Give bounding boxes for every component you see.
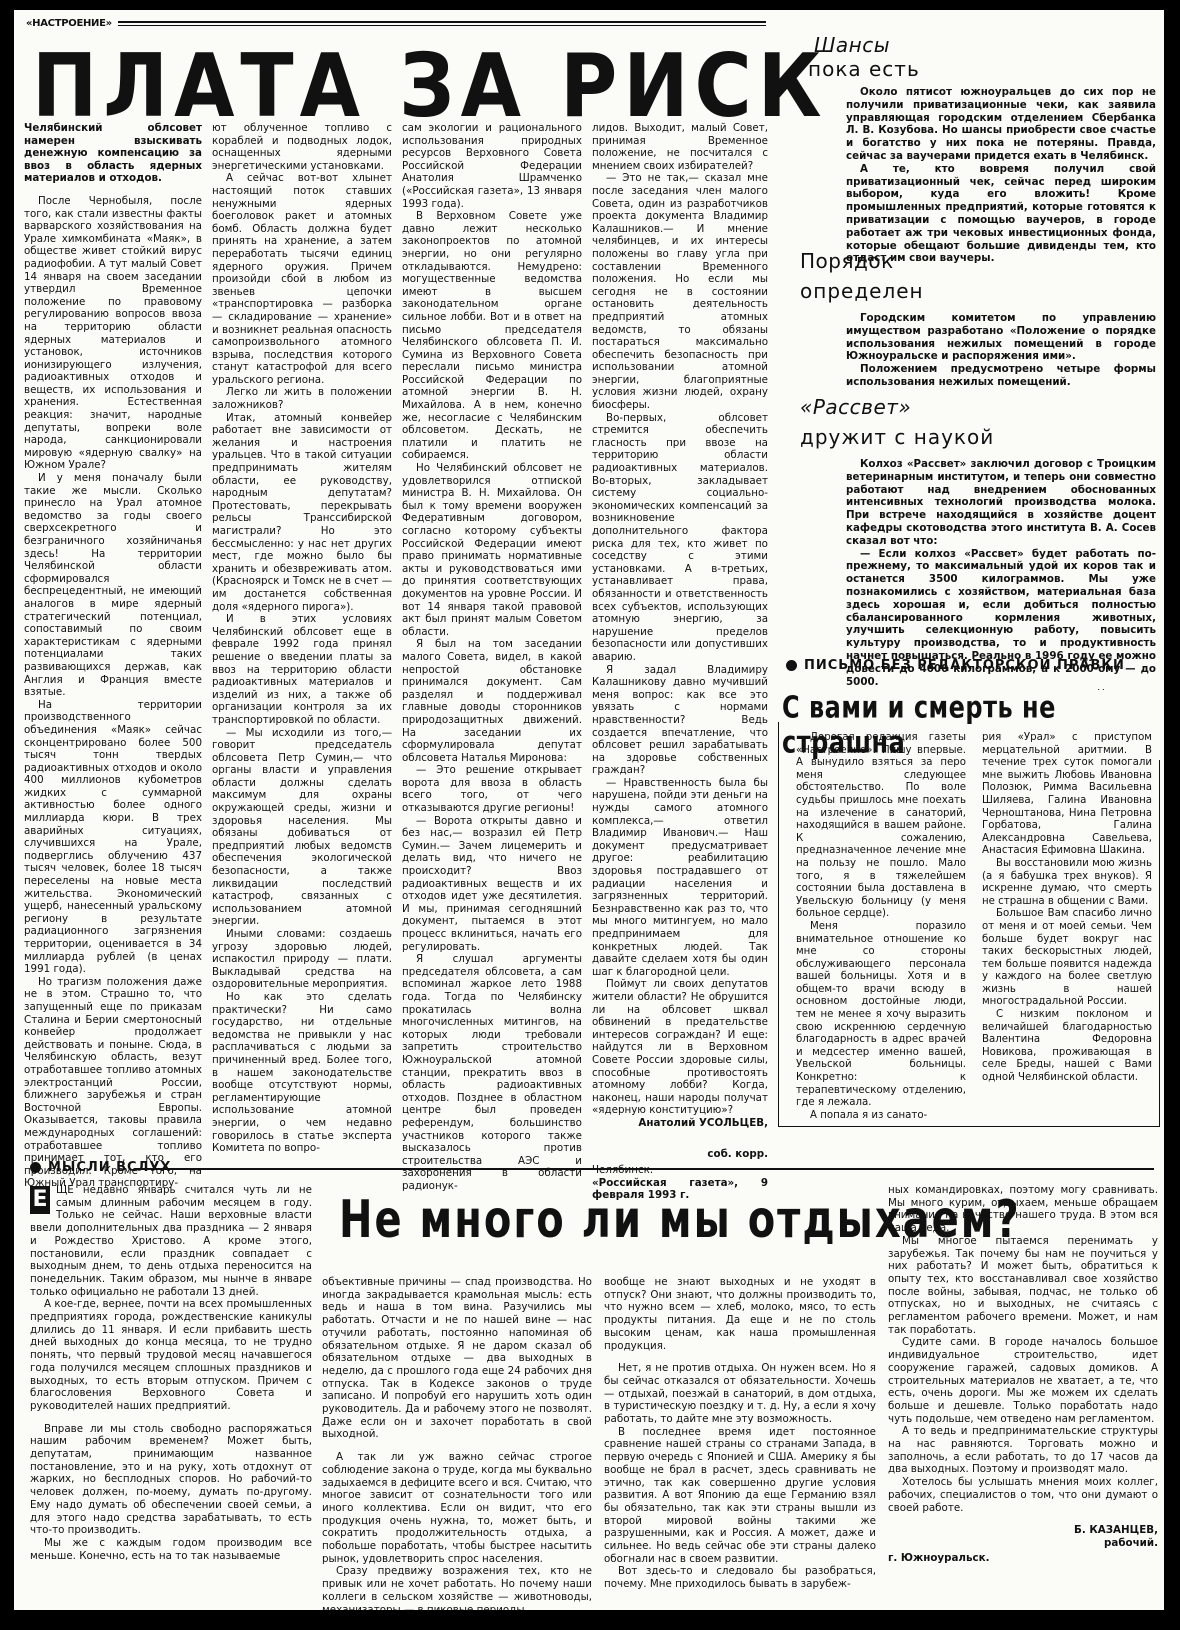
- article-paragraph: Мы же с каждым годом производим все мень…: [30, 1537, 312, 1562]
- article-paragraph: сам экологии и рационального использован…: [402, 122, 582, 210]
- brief-2-title-line1: Порядок: [800, 248, 894, 274]
- article-paragraph: лидов. Выходит, малый Совет, принимая Вр…: [592, 122, 768, 172]
- thoughts-column-2: объективные причины — спад производства.…: [322, 1276, 592, 1610]
- article-lead: Челябинский облсовет намерен взыскивать …: [24, 122, 202, 185]
- thoughts-author: Б. КАЗАНЦЕВ,: [888, 1524, 1158, 1537]
- newspaper-page: «НАСТРОЕНИЕ» ПЛАТА ЗА РИСК Челябинский о…: [14, 10, 1164, 1610]
- brief-2-title-line2: определен: [800, 278, 924, 304]
- article-paragraph: Иными словами: создаешь угрозу здоровью …: [212, 928, 392, 991]
- section-rule: [134, 1168, 1154, 1170]
- article-paragraph: В Верховном Совете уже давно лежит неско…: [402, 210, 582, 462]
- thoughts-place: г. Южноуральск.: [888, 1552, 1158, 1565]
- article-paragraph: ЕЩЕ недавно январь считался чуть ли не с…: [30, 1184, 312, 1298]
- article-column-4: лидов. Выходит, малый Совет, принимая Вр…: [592, 122, 768, 1202]
- bullet-icon: [786, 660, 797, 671]
- article-paragraph: Итак, атомный конвейер работает вне зави…: [212, 412, 392, 614]
- article-paragraph: — Ворота открыты давно и без нас,— возра…: [402, 815, 582, 954]
- article-paragraph: ных командировках, поэтому могу сравнива…: [888, 1184, 1158, 1235]
- article-author-role: соб. корр.: [592, 1148, 768, 1161]
- article-paragraph: — Нравственность была бы нарушена, пойди…: [592, 777, 768, 979]
- letter-paragraph: Вы восстановили мою жизнь (а я бабушка т…: [982, 858, 1152, 908]
- article-paragraph: Но Челябинский облсовет не удовлетворилс…: [402, 462, 582, 638]
- article-paragraph: объективные причины — спад производства.…: [322, 1276, 592, 1441]
- article-paragraph: Вот здесь-то и следовало бы разобраться,…: [604, 1565, 876, 1590]
- article-paragraph: Во-первых, облсовет стремится обеспечить…: [592, 412, 768, 664]
- brief-paragraph: Городским комитетом по управлению имущес…: [846, 312, 1156, 363]
- article-paragraph: вообще не знают выходных и не уходят в о…: [604, 1276, 876, 1352]
- rubric-label: «НАСТРОЕНИЕ»: [26, 18, 112, 29]
- brief-1-title-line2: пока есть: [808, 56, 920, 82]
- article-paragraph: В последнее время идет постоянное сравне…: [604, 1426, 876, 1566]
- brief-paragraph: Положением предусмотрено четыре формы ис…: [846, 363, 1156, 389]
- article-paragraph: Я слушал аргументы председателя облсовет…: [402, 953, 582, 1192]
- thoughts-author-role: рабочий.: [888, 1537, 1158, 1550]
- article-paragraph: — Это не так,— сказал мне после заседани…: [592, 172, 768, 411]
- letter-column-2: рия «Урал» с приступом мерцательной арит…: [982, 732, 1152, 1085]
- rubric-rule: [118, 21, 766, 26]
- article-paragraph: Я был на том заседании малого Совета, ви…: [402, 638, 582, 764]
- article-paragraph: ют облученное топливо с кораблей и подво…: [212, 122, 392, 172]
- article-column-3: сам экологии и рационального использован…: [402, 122, 582, 1192]
- article-paragraph: И в этих условиях Челябинский облсовет е…: [212, 613, 392, 726]
- brief-3-title-line1: «Рассвет»: [800, 394, 911, 420]
- letter-paragraph: рия «Урал» с приступом мерцательной арит…: [982, 732, 1152, 858]
- thoughts-column-4: ных командировках, поэтому могу сравнива…: [888, 1184, 1158, 1564]
- letter-paragraph: А попала я из санато-: [796, 1110, 966, 1123]
- article-paragraph: А кое-где, вернее, почти на всех промышл…: [30, 1298, 312, 1412]
- rubric-bar: «НАСТРОЕНИЕ»: [26, 18, 766, 29]
- brief-paragraph: Около пятисот южноуральцев до сих пор не…: [846, 86, 1156, 163]
- letter-paragraph: Дорогая редакция газеты «Настроение»! Пи…: [796, 732, 966, 921]
- article-paragraph: На территории производственного объедине…: [24, 699, 202, 976]
- letter-section-label: ПИСЬМО БЕЗ РЕДАКТОРСКОЙ ПРАВКИ: [804, 658, 1125, 673]
- letter-section-header: ПИСЬМО БЕЗ РЕДАКТОРСКОЙ ПРАВКИ: [786, 658, 1125, 673]
- letter-column-1: Дорогая редакция газеты «Настроение»! Пи…: [796, 732, 966, 1122]
- letter-paragraph: Большое Вам спасибо лично от меня и от м…: [982, 908, 1152, 1009]
- article-paragraph: Судите сами. В городе началось большое и…: [888, 1336, 1158, 1425]
- article-paragraph: Я задал Владимиру Калашникову давно мучи…: [592, 664, 768, 777]
- article-paragraph: Хотелось бы услышать мнения моих коллег,…: [888, 1476, 1158, 1514]
- bullet-icon: [30, 1162, 41, 1173]
- brief-1-body: Около пятисот южноуральцев до сих пор не…: [846, 86, 1156, 265]
- article-paragraph: — Мы исходили из того,— говорит председа…: [212, 727, 392, 929]
- brief-1-title-line1: Шансы: [814, 32, 890, 58]
- article-paragraph: Поймут ли своих депутатов жители области…: [592, 978, 768, 1117]
- brief-paragraph: Колхоз «Рассвет» заключил договор с Трои…: [846, 458, 1156, 548]
- thoughts-column-1: ЕЩЕ недавно январь считался чуть ли не с…: [30, 1184, 312, 1562]
- article-paragraph: Но трагизм положения даже не в этом. Стр…: [24, 976, 202, 1190]
- article-column-1: Челябинский облсовет намерен взыскивать …: [24, 122, 202, 1190]
- article-paragraph: А так ли уж важно сейчас строгое соблюде…: [322, 1451, 592, 1565]
- article-paragraph: После Чернобыля, после того, как стали и…: [24, 195, 202, 472]
- article-paragraph: Но как это сделать практически? Ни само …: [212, 991, 392, 1155]
- main-headline: ПЛАТА ЗА РИСК: [32, 40, 828, 134]
- article-place: Челябинск.: [592, 1164, 768, 1177]
- article-paragraph: Мы многое пытаемся перенимать у зарубежь…: [888, 1235, 1158, 1337]
- brief-2-body: Городским комитетом по управлению имущес…: [846, 312, 1156, 389]
- article-paragraph: — Это решение открывает ворота для ввоза…: [402, 764, 582, 814]
- letter-paragraph: Меня поразило внимательное отношение ко …: [796, 921, 966, 1110]
- article-paragraph: А сейчас вот-вот хлынет настоящий поток …: [212, 172, 392, 386]
- article-paragraph: И у меня поначалу были такие же мысли. С…: [24, 472, 202, 699]
- letter-paragraph: С низким поклоном и величайшей благодарн…: [982, 1009, 1152, 1085]
- article-paragraph: Вправе ли мы столь свободно распоряжатьс…: [30, 1423, 312, 1537]
- article-paragraph: Нет, я не против отдыха. Он нужен всем. …: [604, 1362, 876, 1426]
- article-paragraph: А то ведь и предпринимательские структур…: [888, 1425, 1158, 1476]
- dropcap: Е: [30, 1186, 50, 1214]
- article-paragraph: Сразу предвижу возражения тех, кто не пр…: [322, 1565, 592, 1610]
- brief-3-title-line2: дружит с наукой: [800, 424, 994, 450]
- article-column-2: ют облученное топливо с кораблей и подво…: [212, 122, 392, 1155]
- thoughts-column-3: вообще не знают выходных и не уходят в о…: [604, 1276, 876, 1591]
- article-author: Анатолий УСОЛЬЦЕВ,: [592, 1117, 768, 1130]
- article-paragraph: Легко ли жить в положении заложников?: [212, 386, 392, 411]
